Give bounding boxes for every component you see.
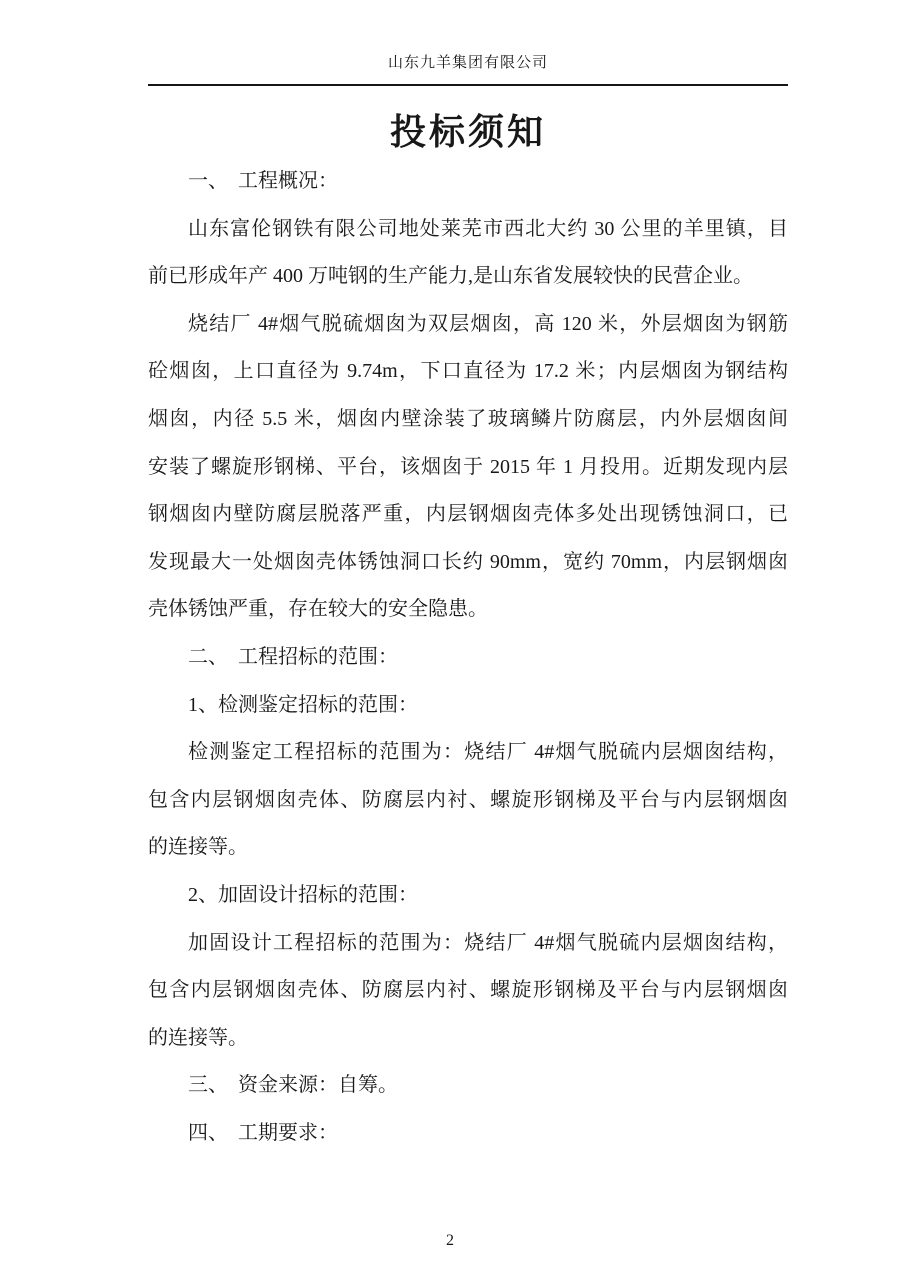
text-line: 前已形成年产 400 万吨钢的生产能力,是山东省发展较快的民营企业。	[148, 253, 788, 301]
page-number: 2	[0, 1231, 900, 1251]
text-line: 四、 工期要求：	[148, 1110, 788, 1158]
text-line: 加固设计工程招标的范围为：烧结厂 4#烟气脱硫内层烟囱结构，	[148, 920, 788, 968]
text-line: 1、检测鉴定招标的范围：	[148, 682, 788, 730]
text-line: 山东富伦钢铁有限公司地处莱芜市西北大约 30 公里的羊里镇，目	[148, 206, 788, 254]
text-line: 二、 工程招标的范围：	[148, 634, 788, 682]
text-line: 2、加固设计招标的范围：	[148, 872, 788, 920]
text-line: 三、 资金来源：自筹。	[148, 1062, 788, 1110]
page-title: 投标须知	[148, 104, 788, 155]
document-body: 一、 工程概况： 山东富伦钢铁有限公司地处莱芜市西北大约 30 公里的羊里镇，目…	[148, 158, 788, 1157]
text-line: 包含内层钢烟囱壳体、防腐层内衬、螺旋形钢梯及平台与内层钢烟囱	[148, 967, 788, 1015]
text-line: 钢烟囱内壁防腐层脱落严重，内层钢烟囱壳体多处出现锈蚀洞口，已	[148, 491, 788, 539]
text-line: 烧结厂 4#烟气脱硫烟囱为双层烟囱，高 120 米，外层烟囱为钢筋	[148, 301, 788, 349]
text-line: 发现最大一处烟囱壳体锈蚀洞口长约 90mm，宽约 70mm，内层钢烟囱	[148, 539, 788, 587]
text-line: 一、 工程概况：	[148, 158, 788, 206]
text-line: 的连接等。	[148, 1015, 788, 1063]
text-line: 烟囱，内径 5.5 米，烟囱内壁涂装了玻璃鳞片防腐层，内外层烟囱间	[148, 396, 788, 444]
text-line: 砼烟囱，上口直径为 9.74m，下口直径为 17.2 米；内层烟囱为钢结构	[148, 348, 788, 396]
header-rule	[148, 84, 788, 86]
text-line: 安装了螺旋形钢梯、平台，该烟囱于 2015 年 1 月投用。近期发现内层	[148, 444, 788, 492]
text-line: 的连接等。	[148, 824, 788, 872]
text-line: 壳体锈蚀严重，存在较大的安全隐患。	[148, 586, 788, 634]
page-header-company-name: 山东九羊集团有限公司	[148, 54, 788, 72]
text-line: 检测鉴定工程招标的范围为：烧结厂 4#烟气脱硫内层烟囱结构，	[148, 729, 788, 777]
document-page: 山东九羊集团有限公司 投标须知 一、 工程概况： 山东富伦钢铁有限公司地处莱芜市…	[0, 0, 900, 1273]
page-content: 山东九羊集团有限公司 投标须知 一、 工程概况： 山东富伦钢铁有限公司地处莱芜市…	[148, 0, 788, 1273]
text-line: 包含内层钢烟囱壳体、防腐层内衬、螺旋形钢梯及平台与内层钢烟囱	[148, 777, 788, 825]
